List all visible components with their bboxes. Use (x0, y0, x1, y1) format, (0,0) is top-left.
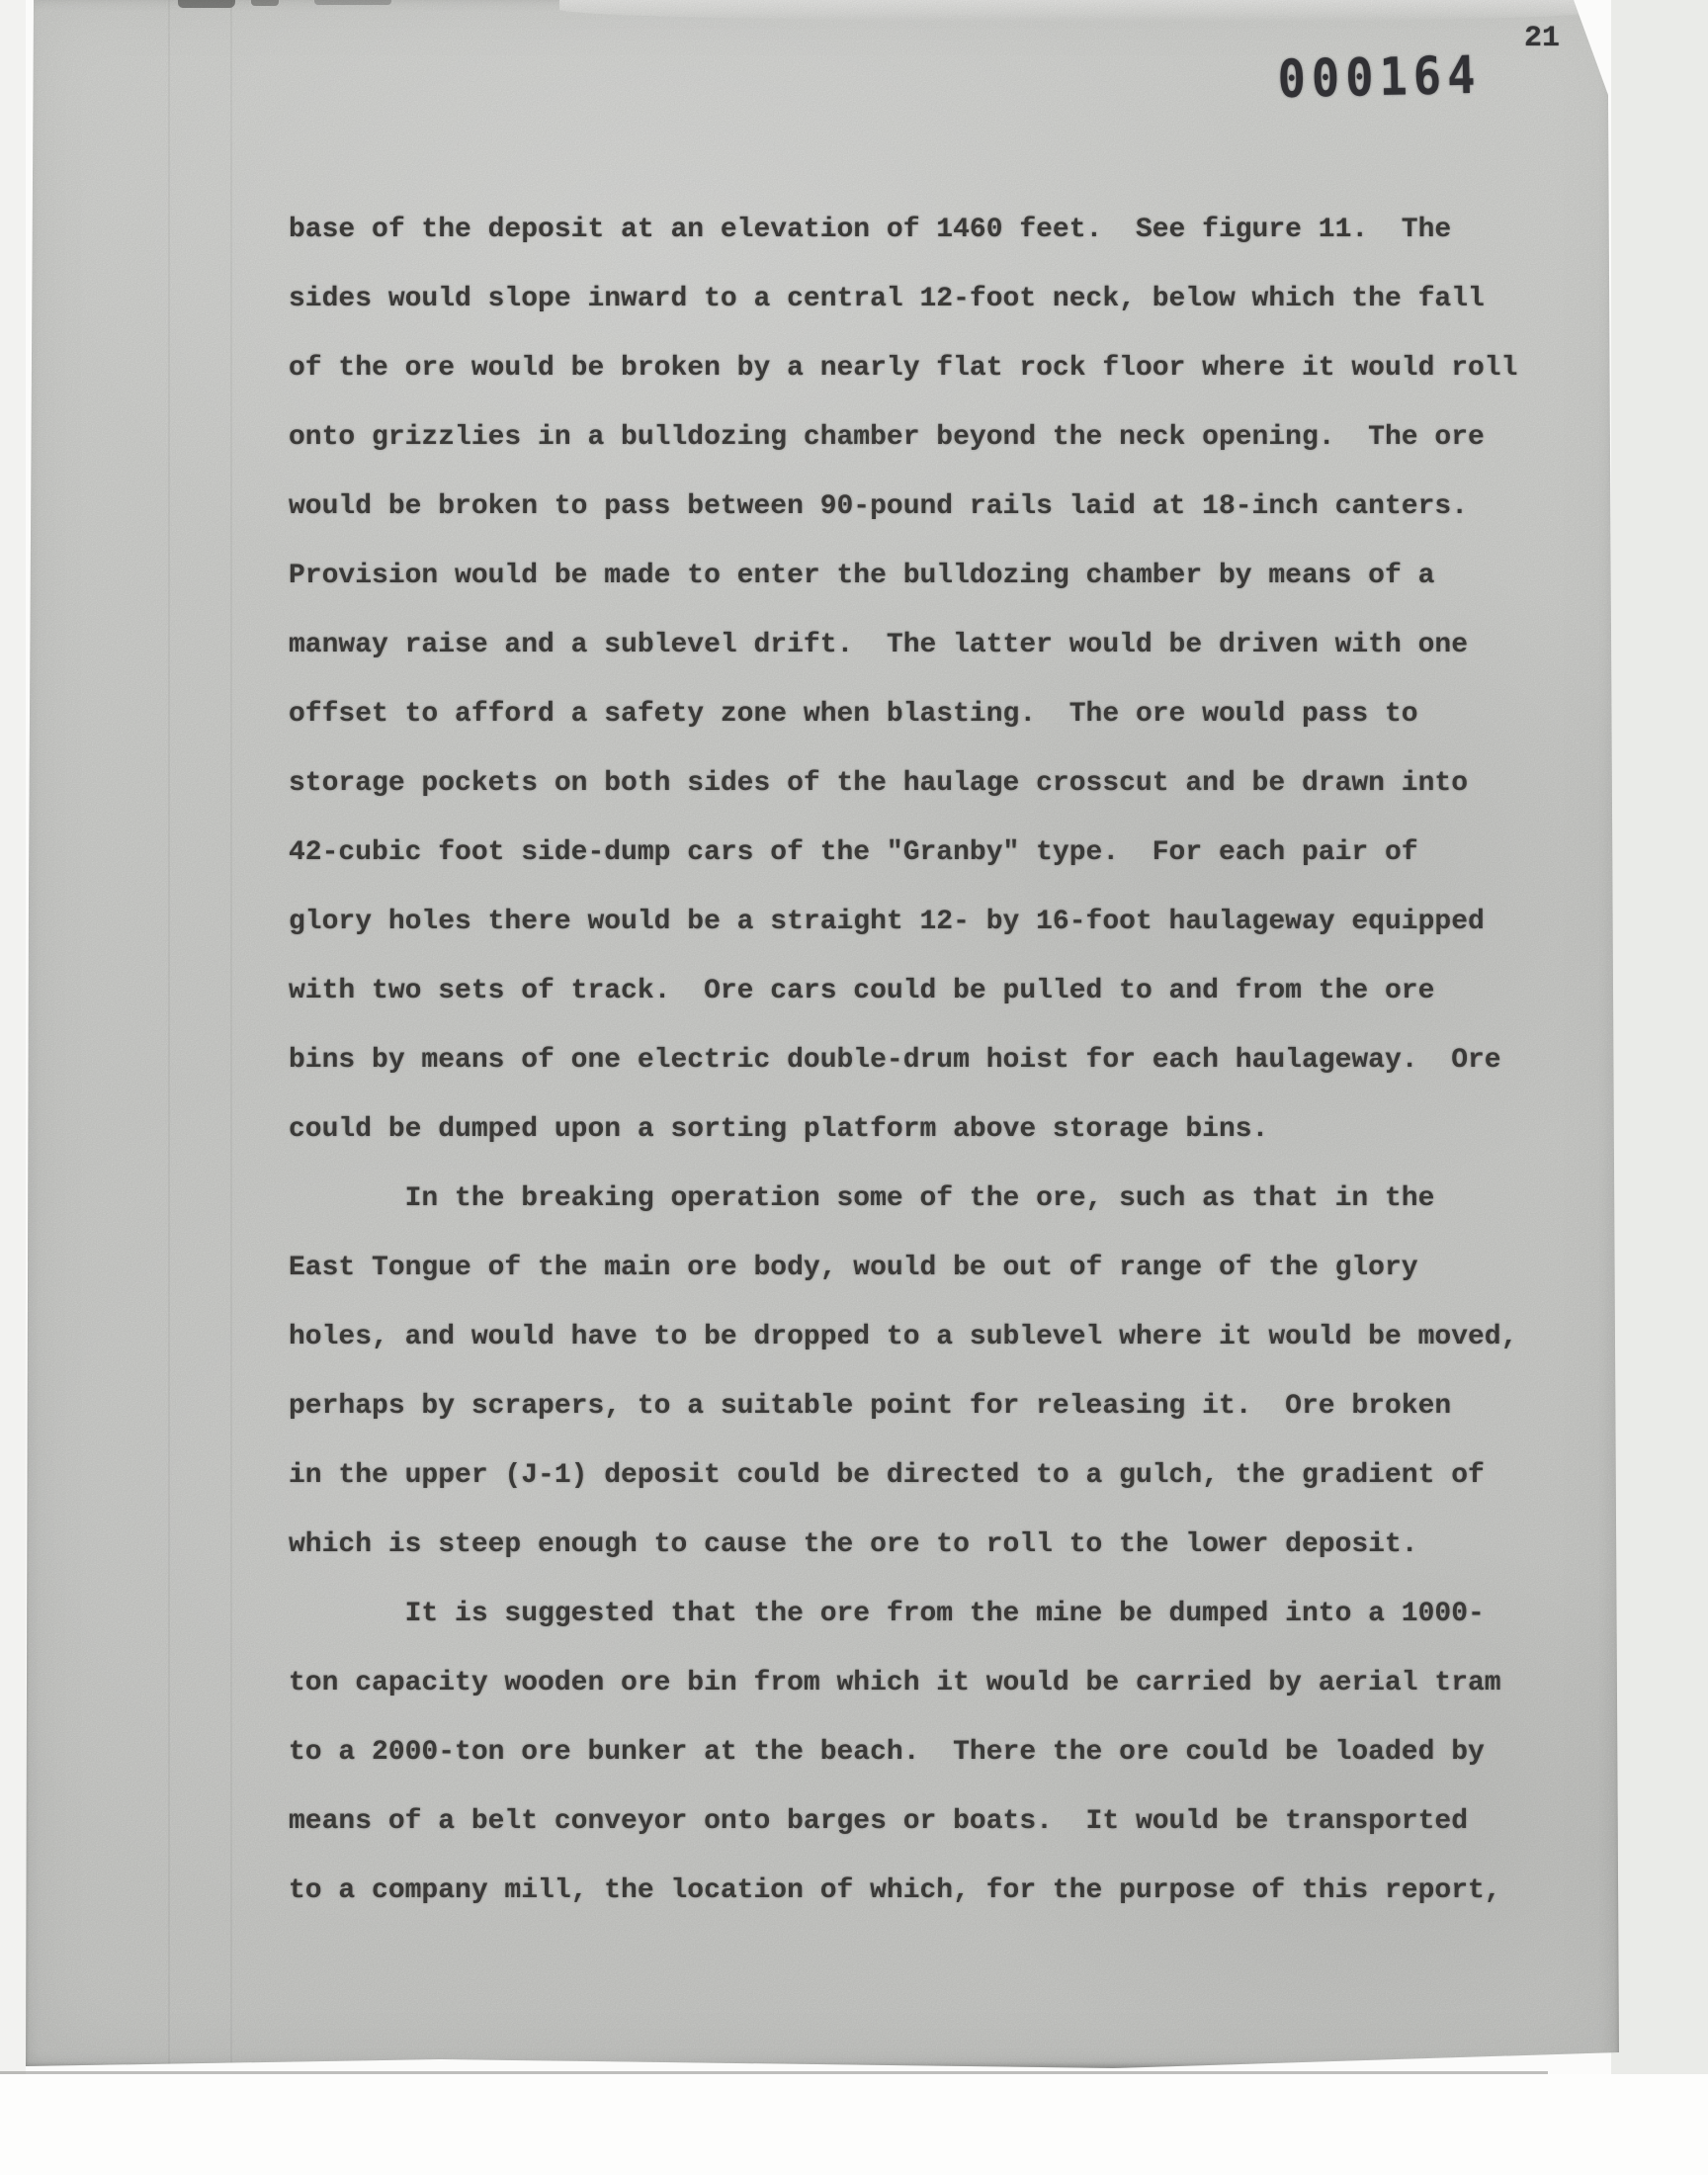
text-line: It is suggested that the ore from the mi… (289, 1580, 1564, 1649)
typewritten-text: base of the deposit at an elevation of 1… (289, 196, 1564, 1926)
text-line: could be dumped upon a sorting platform … (289, 1095, 1564, 1165)
text-line: manway raise and a sublevel drift. The l… (289, 611, 1564, 680)
text-line: East Tongue of the main ore body, would … (289, 1234, 1564, 1303)
text-line: which is steep enough to cause the ore t… (289, 1511, 1564, 1580)
text-line: to a company mill, the location of which… (289, 1857, 1564, 1926)
text-line: means of a belt conveyor onto barges or … (289, 1787, 1564, 1857)
text-line: to a 2000-ton ore bunker at the beach. T… (289, 1718, 1564, 1787)
paper-top-edge-highlight (559, 0, 1587, 22)
top-edge-smudge (178, 0, 235, 8)
top-edge-smudge (251, 0, 279, 6)
text-line: ton capacity wooden ore bin from which i… (289, 1649, 1564, 1718)
scanner-background-bottom (0, 2074, 1708, 2175)
serial-number-stamp: 000164 (1277, 45, 1482, 111)
paper-crease-line (230, 0, 232, 2068)
text-line: base of the deposit at an elevation of 1… (289, 196, 1564, 265)
text-line: offset to afford a safety zone when blas… (289, 680, 1564, 749)
text-line: sides would slope inward to a central 12… (289, 265, 1564, 334)
text-line: storage pockets on both sides of the hau… (289, 749, 1564, 819)
paper-sheet: 000164 21 base of the deposit at an elev… (26, 0, 1619, 2068)
text-line: glory holes there would be a straight 12… (289, 888, 1564, 957)
text-line: would be broken to pass between 90-pound… (289, 473, 1564, 542)
text-line: with two sets of track. Ore cars could b… (289, 957, 1564, 1026)
text-line: perhaps by scrapers, to a suitable point… (289, 1372, 1564, 1441)
top-edge-smudge (314, 0, 391, 5)
text-line: of the ore would be broken by a nearly f… (289, 334, 1564, 403)
text-line: In the breaking operation some of the or… (289, 1165, 1564, 1234)
text-line: in the upper (J-1) deposit could be dire… (289, 1441, 1564, 1511)
page-number: 21 (1524, 22, 1560, 55)
paper-crease-line (168, 0, 170, 2068)
text-line: Provision would be made to enter the bul… (289, 542, 1564, 611)
scanner-background-left (0, 0, 26, 2076)
text-line: bins by means of one electric double-dru… (289, 1026, 1564, 1095)
scanner-artifact-line (0, 2071, 1548, 2074)
scanner-background-right (1611, 0, 1708, 2076)
text-line: holes, and would have to be dropped to a… (289, 1303, 1564, 1372)
scan-page: { "page": { "serial_stamp": "000164", "p… (0, 0, 1708, 2175)
text-line: onto grizzlies in a bulldozing chamber b… (289, 403, 1564, 473)
text-line: 42-cubic foot side-dump cars of the "Gra… (289, 819, 1564, 888)
